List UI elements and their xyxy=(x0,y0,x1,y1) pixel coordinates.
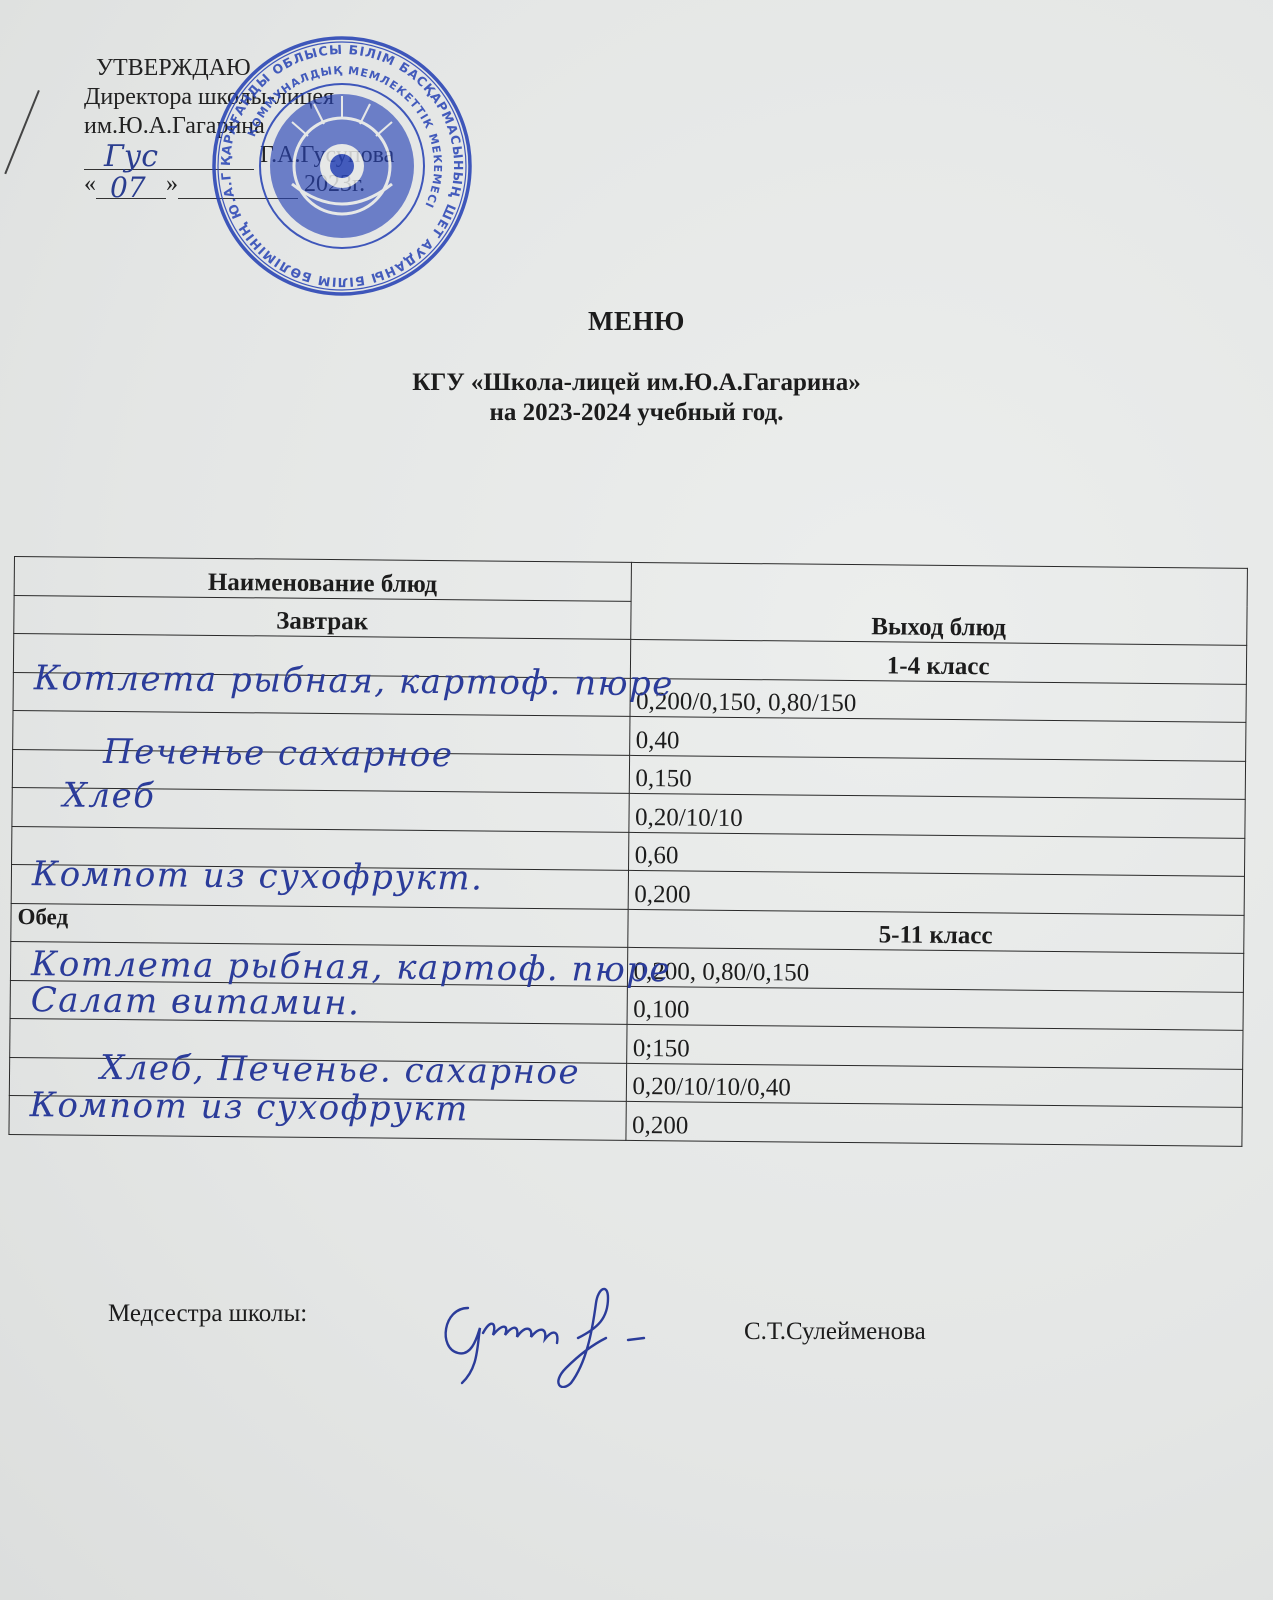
portion-cell: 0,20/10/10/0,40 xyxy=(626,1063,1243,1107)
portion-cell: 0;150 xyxy=(626,1024,1243,1068)
col-portion-header: Выход блюд xyxy=(630,562,1247,645)
lunch-group: 5-11 класс xyxy=(627,909,1244,953)
margin-pen-line xyxy=(4,90,40,174)
portion-cell: 0,100 xyxy=(627,986,1244,1030)
table-cell: Салат витамин. xyxy=(10,980,627,1024)
organization-name: КГУ «Школа-лицей им.Ю.А.Гагарина» xyxy=(0,368,1273,398)
nurse-name: С.Т.Сулейменова xyxy=(744,1318,926,1346)
table-cell: Котлета рыбная, картоф. пюре xyxy=(13,634,630,678)
lunch-label: Обед xyxy=(11,903,628,947)
document-title: МЕНЮ xyxy=(0,306,1273,337)
portion-cell: 0,200, 0,80/0,150 xyxy=(627,947,1244,991)
table-cell: Компот из сухофрукт xyxy=(9,1057,626,1101)
table-cell: Котлета рыбная, картоф. пюре xyxy=(10,941,627,985)
portion-cell: 0,20/10/10 xyxy=(628,793,1245,837)
portion-cell: 0,40 xyxy=(629,716,1246,760)
portion-cell: 0,200/0,150, 0,80/150 xyxy=(629,678,1246,722)
date-day-blank: 07 xyxy=(96,176,166,199)
breakfast-label: Завтрак xyxy=(14,595,631,639)
handwritten-dish: Салат витамин. xyxy=(31,980,361,1023)
portion-cell: 0,200 xyxy=(625,1101,1242,1145)
portion-cell: 0,150 xyxy=(629,755,1246,799)
document-subtitle: КГУ «Школа-лицей им.Ю.А.Гагарина» на 202… xyxy=(0,368,1273,428)
nurse-label: Медсестра школы: xyxy=(108,1300,307,1328)
table-cell: Печенье сахарное xyxy=(13,710,630,754)
col-dish-header: Наименование блюд xyxy=(14,557,631,601)
table-cell: Хлеб, Печенье. сахарное xyxy=(10,1018,627,1062)
table-cell: Компот из сухофрукт. xyxy=(12,826,629,870)
director-signature: Гус xyxy=(104,142,158,171)
table-cell xyxy=(9,1095,626,1139)
date-quote-close: » xyxy=(166,171,178,197)
portion-cell: 0,200 xyxy=(628,870,1245,914)
table-cell: Хлеб xyxy=(12,749,629,793)
table-cell xyxy=(11,864,628,908)
table-cell xyxy=(13,672,630,716)
portion-cell: 0,60 xyxy=(628,832,1245,876)
table-cell xyxy=(12,787,629,831)
date-quote-open: « xyxy=(84,171,96,197)
breakfast-group: 1-4 класс xyxy=(630,639,1247,683)
menu-table: Наименование блюд Выход блюд Завтрак Кот… xyxy=(8,556,1248,1158)
date-day: 07 xyxy=(110,173,146,202)
academic-year: на 2023-2024 учебный год. xyxy=(0,398,1273,428)
official-stamp-icon: ҚАРАҒАНДЫ ОБЛЫСЫ БІЛІМ БАСҚАРМАСЫНЫҢ ШЕТ… xyxy=(210,34,474,298)
nurse-signature-icon xyxy=(428,1278,728,1388)
